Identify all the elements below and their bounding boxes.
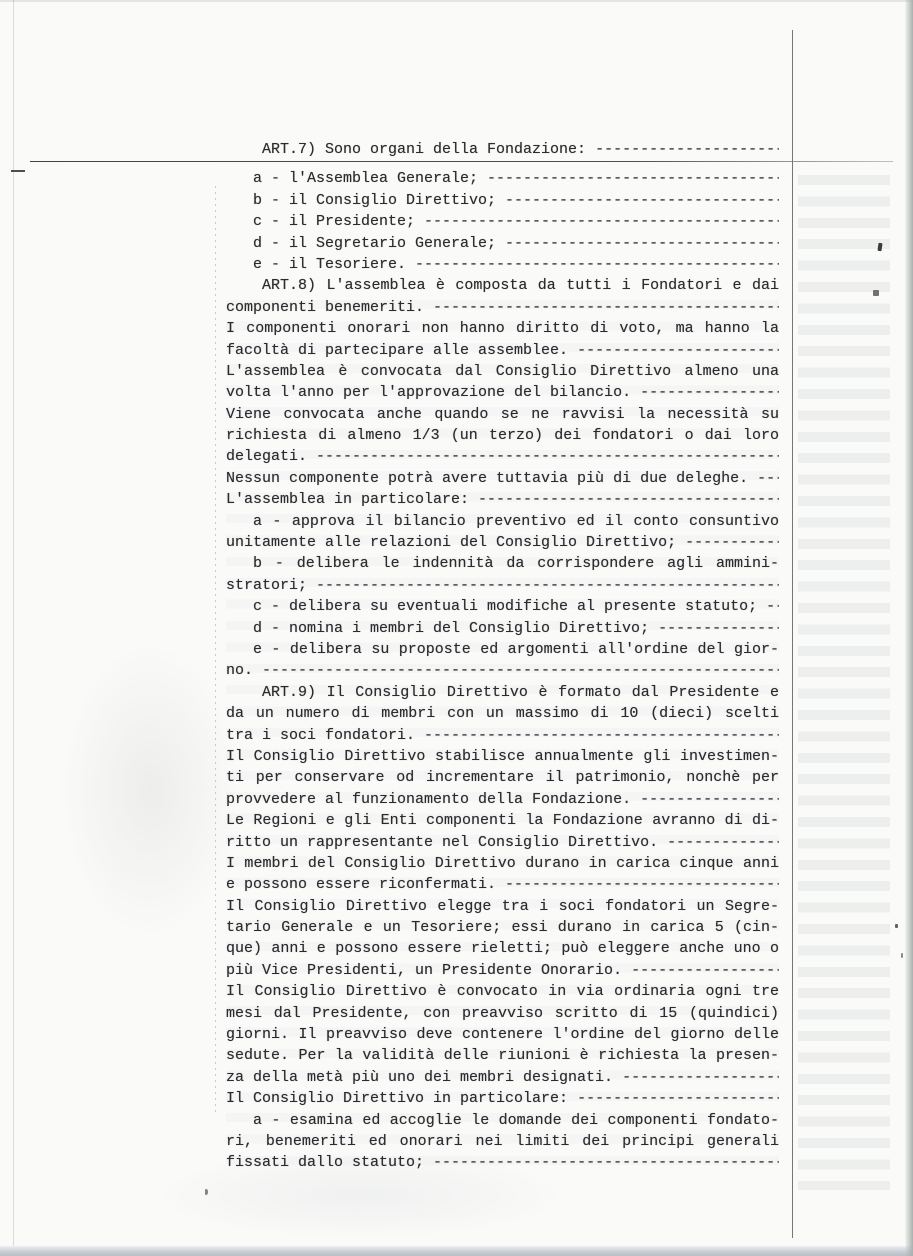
document-line: a - approva il bilancio preventivo ed il… [226,511,779,532]
document-line: delegati. ------------------------------… [226,446,779,467]
dash-fill: ----------------------------------------… [577,340,779,361]
line-text: e possono essere riconfermati. [226,874,505,895]
document-line: Nessun componente potrà avere tuttavia p… [226,468,779,489]
line-text: ART.9) Il Consiglio Direttivo è formato … [262,682,779,703]
document-line: a - esamina ed accoglie le domande dei c… [226,1110,779,1131]
document-line: Le Regioni e gli Enti componenti la Fond… [226,810,779,831]
scanner-edge-right [905,0,913,1256]
document-line: sedute. Per la validità delle riunioni è… [226,1045,779,1066]
document-line: mesi dal Presidente, con preavviso scrit… [226,1003,779,1024]
document-line: no. ------------------------------------… [226,660,779,681]
line-text: facoltà di partecipare alle assemblee. [226,340,577,361]
line-text: Il Consiglio Direttivo elegge tra i soci… [226,896,779,917]
left-crease-line [215,186,216,1116]
line-text: ART.7) Sono organi della Fondazione: [262,139,595,160]
document-line: Il Consiglio Direttivo è convocato in vi… [226,981,779,1002]
line-text: da un numero di membri con un massimo di… [226,703,779,724]
document-line: c - il Presidente; ---------------------… [226,211,779,232]
document-line: za della metà più uno dei membri designa… [226,1067,779,1088]
dash-fill: ----------------------------------------… [316,575,779,596]
document-line: giorni. Il preavviso deve contenere l'or… [226,1024,779,1045]
line-text: Viene convocata anche quando se ne ravvi… [226,404,779,425]
document-line: ART.7) Sono organi della Fondazione: ---… [226,139,779,160]
document-line: Il Consiglio Direttivo elegge tra i soci… [226,896,779,917]
line-text: que) anni e possono essere rieletti; può… [226,938,779,959]
document-line: stratori; ------------------------------… [226,575,779,596]
dash-fill: ----------------------------------------… [433,1152,779,1173]
line-text: volta l'anno per l'approvazione del bila… [226,382,640,403]
dash-fill: ----------------------------------------… [658,618,779,639]
document-line: ri, benemeriti ed onorari nei limiti dei… [226,1131,779,1152]
document-line: Il Consiglio Direttivo in particolare: -… [226,1088,779,1109]
dash-fill: ----------------------------------------… [766,596,779,617]
dash-fill: ----------------------------------------… [577,1088,779,1109]
line-text: a - l'Assemblea Generale; [253,168,487,189]
document-line: que) anni e possono essere rieletti; può… [226,938,779,959]
dash-fill: ----------------------------------------… [640,382,779,403]
document-line: e - il Tesoriere. ----------------------… [226,254,779,275]
line-text: Il Consiglio Direttivo è convocato in vi… [226,981,779,1002]
document-line: b - delibera le indennità da corrisponde… [226,553,779,574]
dash-fill: ----------------------------------------… [505,190,779,211]
document-line: provvedere al funzionamento della Fondaz… [226,789,779,810]
line-text: Il Consiglio Direttivo in particolare: [226,1088,577,1109]
document-line: Il Consiglio Direttivo stabilisce annual… [226,746,779,767]
margin-dash-mark [11,170,25,172]
document-line: volta l'anno per l'approvazione del bila… [226,382,779,403]
document-line: ritto un rappresentante nel Consiglio Di… [226,832,779,853]
line-text: I componenti onorari non hanno diritto d… [226,318,779,339]
dash-fill: ----------------------------------------… [487,168,779,189]
line-text: Nessun componente potrà avere tuttavia p… [226,468,757,489]
page-edge-shadow [13,0,14,1250]
document-line: a - l'Assemblea Generale; --------------… [226,168,779,189]
dash-fill: ----------------------------------------… [505,874,779,895]
line-text: Le Regioni e gli Enti componenti la Fond… [226,810,779,831]
document-line: e possono essere riconfermati. ---------… [226,874,779,895]
ink-bleedthrough [798,175,890,1190]
document-line: richiesta di almeno 1/3 (un terzo) dei f… [226,425,779,446]
line-text: d - nomina i membri del Consiglio Dirett… [253,618,658,639]
document-line: fissati dallo statuto; -----------------… [226,1152,779,1173]
line-text: b - delibera le indennità da corrisponde… [253,553,779,574]
dash-fill: ----------------------------------------… [433,297,779,318]
document-line: I componenti onorari non hanno diritto d… [226,318,779,339]
text-column: ART.7) Sono organi della Fondazione: ---… [226,139,779,1174]
document-line: componenti benemeriti. -----------------… [226,297,779,318]
document-line: Viene convocata anche quando se ne ravvi… [226,404,779,425]
document-line: d - nomina i membri del Consiglio Dirett… [226,618,779,639]
line-text: richiesta di almeno 1/3 (un terzo) dei f… [226,425,779,446]
ink-speck [895,924,898,928]
dash-fill: ----------------------------------------… [667,832,779,853]
line-text: tario Generale e un Tesoriere; essi dura… [226,917,779,938]
document-line: ART.8) L'assemblea è composta da tutti i… [226,275,779,296]
dash-fill: ----------------------------------------… [478,489,779,510]
document-line: c - delibera su eventuali modifiche al p… [226,596,779,617]
line-text: L'assemblea è convocata dal Consiglio Di… [226,361,779,382]
line-text: provvedere al funzionamento della Fondaz… [226,789,640,810]
dash-fill: ----------------------------------------… [595,139,779,160]
scanner-edge-bottom [0,1246,913,1256]
line-text: ritto un rappresentante nel Consiglio Di… [226,832,667,853]
right-margin-line [792,30,793,1238]
line-text: I membri del Consiglio Direttivo durano … [226,853,779,874]
line-text: tra i soci fondatori. [226,725,424,746]
line-text: ri, benemeriti ed onorari nei limiti dei… [226,1131,779,1152]
document-line: tario Generale e un Tesoriere; essi dura… [226,917,779,938]
document-line: d - il Segretario Generale; ------------… [226,233,779,254]
document-line: più Vice Presidenti, un Presidente Onora… [226,960,779,981]
line-text: mesi dal Presidente, con preavviso scrit… [226,1003,779,1024]
line-text: ART.8) L'assemblea è composta da tutti i… [262,275,779,296]
line-text: ti per conservare od incrementare il pat… [226,767,779,788]
document-line: ti per conservare od incrementare il pat… [226,767,779,788]
dash-fill: ----------------------------------------… [757,468,779,489]
dash-fill: ----------------------------------------… [505,233,779,254]
line-text: stratori; [226,575,316,596]
line-text: c - il Presidente; [253,211,424,232]
document-line: ART.9) Il Consiglio Direttivo è formato … [226,682,779,703]
dash-fill: ----------------------------------------… [262,660,779,681]
line-text: componenti benemeriti. [226,297,433,318]
dash-fill: ----------------------------------------… [316,446,779,467]
line-text: fissati dallo statuto; [226,1152,433,1173]
ink-speck [205,1189,208,1195]
ink-speck [873,290,879,296]
scanned-document-page: { "colors": { "ink": "#2b2b2e", "paper":… [0,0,913,1256]
dash-fill: ----------------------------------------… [631,960,779,981]
line-text: d - il Segretario Generale; [253,233,505,254]
line-text: za della metà più uno dei membri designa… [226,1067,622,1088]
dash-fill: ----------------------------------------… [685,532,779,553]
line-text: Il Consiglio Direttivo stabilisce annual… [226,746,779,767]
line-text: no. [226,660,262,681]
dash-fill: ----------------------------------------… [640,789,779,810]
document-line: tra i soci fondatori. ------------------… [226,725,779,746]
line-text: b - il Consiglio Direttivo; [253,190,505,211]
line-text: delegati. [226,446,316,467]
ink-speck [901,953,903,958]
scanner-edge-top [0,0,913,2]
line-text: a - approva il bilancio preventivo ed il… [253,511,779,532]
line-text: c - delibera su eventuali modifiche al p… [253,596,766,617]
line-text: giorni. Il preavviso deve contenere l'or… [226,1024,779,1045]
paper-smudge [60,640,240,940]
line-text: L'assemblea in particolare: [226,489,478,510]
document-line: L'assemblea è convocata dal Consiglio Di… [226,361,779,382]
document-line: I membri del Consiglio Direttivo durano … [226,853,779,874]
dash-fill: ----------------------------------------… [424,725,779,746]
document-line: da un numero di membri con un massimo di… [226,703,779,724]
dash-fill: ----------------------------------------… [415,254,779,275]
line-text: a - esamina ed accoglie le domande dei c… [253,1110,779,1131]
line-text: sedute. Per la validità delle riunioni è… [226,1045,779,1066]
document-line: b - il Consiglio Direttivo; ------------… [226,190,779,211]
line-text: e - il Tesoriere. [253,254,415,275]
document-line: facoltà di partecipare alle assemblee. -… [226,340,779,361]
document-line: unitamente alle relazioni del Consiglio … [226,532,779,553]
dash-fill: ----------------------------------------… [424,211,779,232]
dash-fill: ----------------------------------------… [622,1067,779,1088]
line-text: unitamente alle relazioni del Consiglio … [226,532,685,553]
line-text: più Vice Presidenti, un Presidente Onora… [226,960,631,981]
line-text: e - delibera su proposte ed argomenti al… [253,639,779,660]
document-line: L'assemblea in particolare: ------------… [226,489,779,510]
document-line: e - delibera su proposte ed argomenti al… [226,639,779,660]
